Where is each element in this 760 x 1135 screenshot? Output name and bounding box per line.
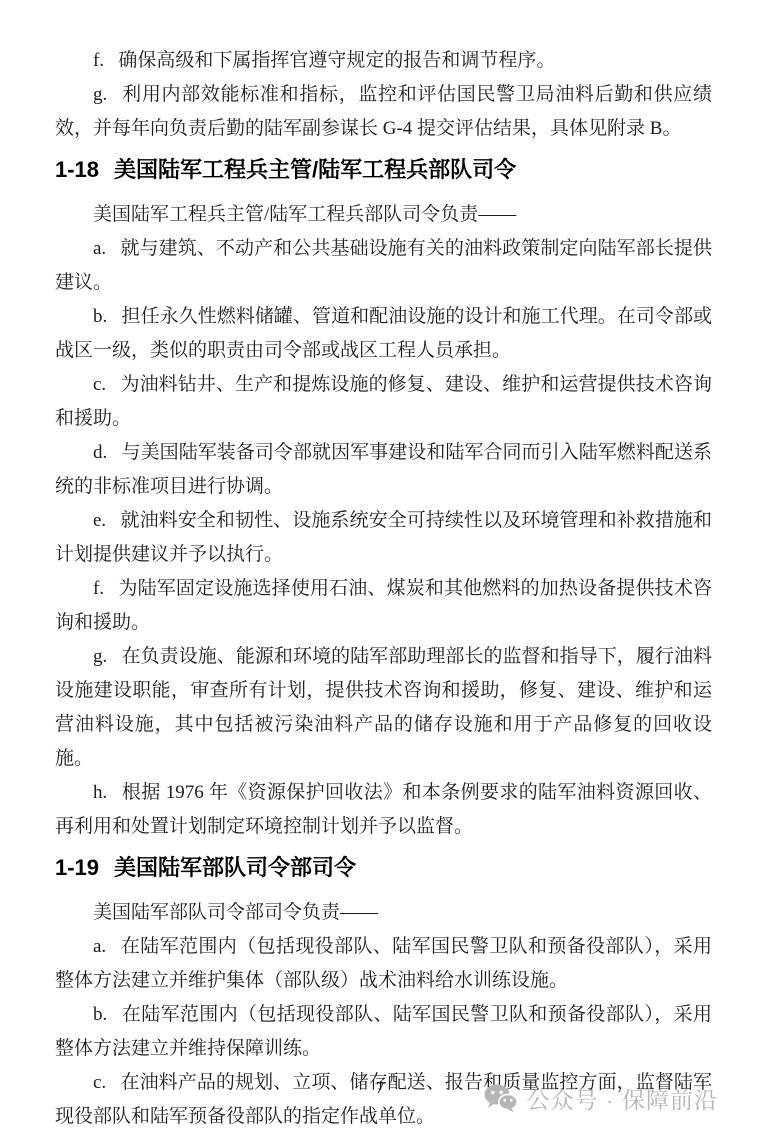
list-item: d.与美国陆军装备司令部就因军事建设和陆军合同而引入陆军燃料配送系统的非标准项目… xyxy=(55,436,712,504)
paragraph-text: 为陆军固定设施选择使用石油、煤炭和其他燃料的加热设备提供技术咨询和援助。 xyxy=(55,578,712,633)
paragraph-text: 美国陆军部队司令部司令负责—— xyxy=(93,902,378,923)
section-title: 美国陆军工程兵主管/陆军工程兵部队司令 xyxy=(114,157,516,182)
paragraph: g.利用内部效能标准和指标，监控和评估国民警卫局油料后勤和供应绩效，并每年向负责… xyxy=(55,78,712,146)
item-marker: f. xyxy=(93,50,104,71)
paragraph-text: 为油料钻井、生产和提炼设施的修复、建设、维护和运营提供技术咨询和援助。 xyxy=(55,374,712,429)
paragraph-text: 就油料安全和韧性、设施系统安全可持续性以及环境管理和补救措施和计划提供建议并予以… xyxy=(55,510,712,565)
item-marker: g. xyxy=(93,646,107,667)
paragraph: f.确保高级和下属指挥官遵守规定的报告和调节程序。 xyxy=(55,44,712,78)
item-marker: a. xyxy=(93,238,106,259)
list-item: a.在陆军范围内（包括现役部队、陆军国民警卫队和预备役部队），采用整体方法建立并… xyxy=(55,930,712,998)
paragraph-text: 美国陆军工程兵主管/陆军工程兵部队司令负责—— xyxy=(93,204,516,225)
section-lead: 美国陆军部队司令部司令负责—— xyxy=(55,896,712,930)
item-marker: f. xyxy=(93,578,104,599)
item-marker: d. xyxy=(93,442,107,463)
watermark: 公众号 · 保障前沿 xyxy=(484,1082,718,1115)
section-heading-1-18: 1-18美国陆军工程兵主管/陆军工程兵部队司令 xyxy=(55,153,712,187)
list-item: f.为陆军固定设施选择使用石油、煤炭和其他燃料的加热设备提供技术咨询和援助。 xyxy=(55,572,712,640)
wechat-icon xyxy=(484,1084,518,1113)
item-marker: b. xyxy=(93,306,107,327)
list-item: c.为油料钻井、生产和提炼设施的修复、建设、维护和运营提供技术咨询和援助。 xyxy=(55,368,712,436)
section-heading-1-19: 1-19美国陆军部队司令部司令 xyxy=(55,851,712,885)
paragraph-text: 就与建筑、不动产和公共基础设施有关的油料政策制定向陆军部长提供建议。 xyxy=(55,238,712,293)
list-item: g.在负责设施、能源和环境的陆军部助理部长的监督和指导下，履行油料设施建设职能，… xyxy=(55,640,712,776)
paragraph-text: 在陆军范围内（包括现役部队、陆军国民警卫队和预备役部队），采用整体方法建立并维护… xyxy=(55,936,712,991)
paragraph-text: 根据 1976 年《资源保护回收法》和本条例要求的陆军油料资源回收、再利用和处置… xyxy=(55,782,712,837)
list-item: a.就与建筑、不动产和公共基础设施有关的油料政策制定向陆军部长提供建议。 xyxy=(55,232,712,300)
paragraph-text: 确保高级和下属指挥官遵守规定的报告和调节程序。 xyxy=(118,50,555,71)
document-page: f.确保高级和下属指挥官遵守规定的报告和调节程序。 g.利用内部效能标准和指标，… xyxy=(0,0,760,1135)
item-marker: g. xyxy=(93,84,107,105)
item-marker: e. xyxy=(93,510,106,531)
paragraph-text: 利用内部效能标准和指标，监控和评估国民警卫局油料后勤和供应绩效，并每年向负责后勤… xyxy=(55,84,712,139)
watermark-text: 公众号 · 保障前沿 xyxy=(527,1082,718,1115)
list-item: h.根据 1976 年《资源保护回收法》和本条例要求的陆军油料资源回收、再利用和… xyxy=(55,776,712,844)
document-content: f.确保高级和下属指挥官遵守规定的报告和调节程序。 g.利用内部效能标准和指标，… xyxy=(0,0,760,1134)
list-item: e.就油料安全和韧性、设施系统安全可持续性以及环境管理和补救措施和计划提供建议并… xyxy=(55,504,712,572)
paragraph-text: 在负责设施、能源和环境的陆军部助理部长的监督和指导下，履行油料设施建设职能，审查… xyxy=(55,646,712,769)
list-item: b.在陆军范围内（包括现役部队、陆军国民警卫队和预备役部队），采用整体方法建立并… xyxy=(55,998,712,1066)
item-marker: c. xyxy=(93,374,106,395)
paragraph-text: 与美国陆军装备司令部就因军事建设和陆军合同而引入陆军燃料配送系统的非标准项目进行… xyxy=(55,442,712,497)
paragraph-text: 担任永久性燃料储罐、管道和配油设施的设计和施工代理。在司令部或战区一级，类似的职… xyxy=(55,306,712,361)
list-item: b.担任永久性燃料储罐、管道和配油设施的设计和施工代理。在司令部或战区一级，类似… xyxy=(55,300,712,368)
item-marker: b. xyxy=(93,1004,107,1025)
section-number: 1-19 xyxy=(55,855,99,880)
section-title: 美国陆军部队司令部司令 xyxy=(114,855,356,880)
section-number: 1-18 xyxy=(55,157,99,182)
item-marker: h. xyxy=(93,782,107,803)
section-lead: 美国陆军工程兵主管/陆军工程兵部队司令负责—— xyxy=(55,198,712,232)
paragraph-text: 在陆军范围内（包括现役部队、陆军国民警卫队和预备役部队），采用整体方法建立并维持… xyxy=(55,1004,712,1059)
item-marker: a. xyxy=(93,936,106,957)
